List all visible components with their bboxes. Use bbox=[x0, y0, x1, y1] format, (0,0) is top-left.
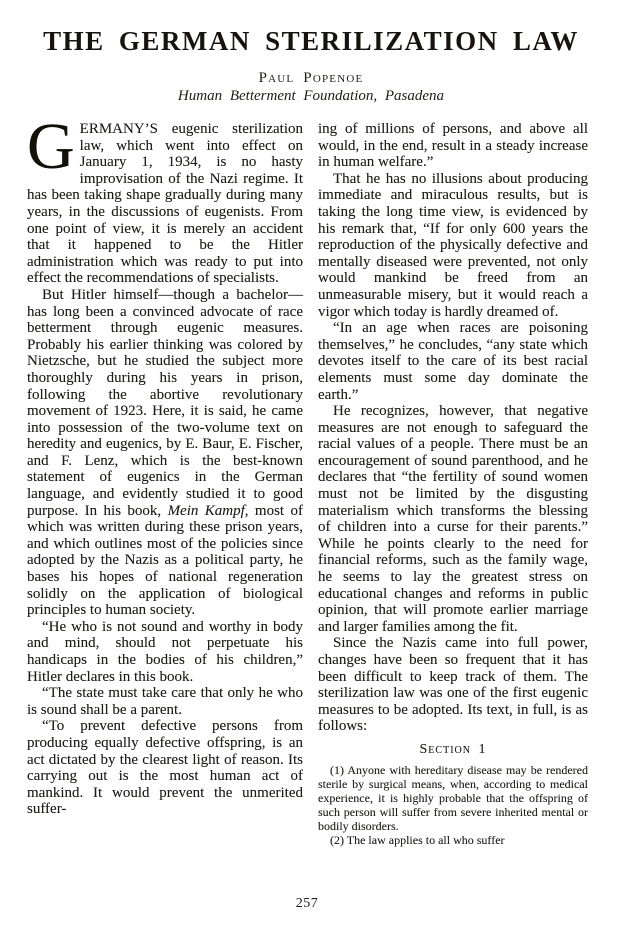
law-text-paragraph: (2) The law applies to all who suffer bbox=[318, 833, 588, 847]
paragraph: He recognizes, however, that negative me… bbox=[318, 403, 588, 635]
author-byline: Paul Popenoe bbox=[0, 70, 622, 87]
paragraph: “He who is not sound and worthy in body … bbox=[27, 619, 303, 685]
right-column: ing of millions of persons, and above al… bbox=[318, 121, 588, 847]
paragraph: “The state must take care that only he w… bbox=[27, 685, 303, 718]
article-title: THE GERMAN STERILIZATION LAW bbox=[0, 26, 622, 57]
paragraph-opening: GERMANY’S eugenic sterilization law, whi… bbox=[27, 121, 303, 287]
author-affiliation: Human Betterment Foundation, Pasadena bbox=[0, 88, 622, 105]
two-column-body: GERMANY’S eugenic sterilization law, whi… bbox=[27, 121, 588, 847]
section-heading: Section 1 bbox=[318, 742, 588, 758]
paragraph: That he has no illusions about producing… bbox=[318, 171, 588, 320]
drop-cap: G bbox=[27, 121, 80, 172]
paragraph: But Hitler himself—though a bachelor—has… bbox=[27, 287, 303, 619]
left-column: GERMANY’S eugenic sterilization law, whi… bbox=[27, 121, 303, 847]
paragraph: “To prevent defective persons from produ… bbox=[27, 718, 303, 818]
journal-page: THE GERMAN STERILIZATION LAW Paul Popeno… bbox=[0, 0, 622, 940]
paragraph: “In an age when races are poisoning them… bbox=[318, 320, 588, 403]
page-number: 257 bbox=[0, 896, 614, 912]
paragraph-continuation: ing of millions of persons, and above al… bbox=[318, 121, 588, 171]
paragraph: Since the Nazis came into full power, ch… bbox=[318, 635, 588, 735]
law-text-paragraph: (1) Anyone with hereditary disease may b… bbox=[318, 763, 588, 833]
